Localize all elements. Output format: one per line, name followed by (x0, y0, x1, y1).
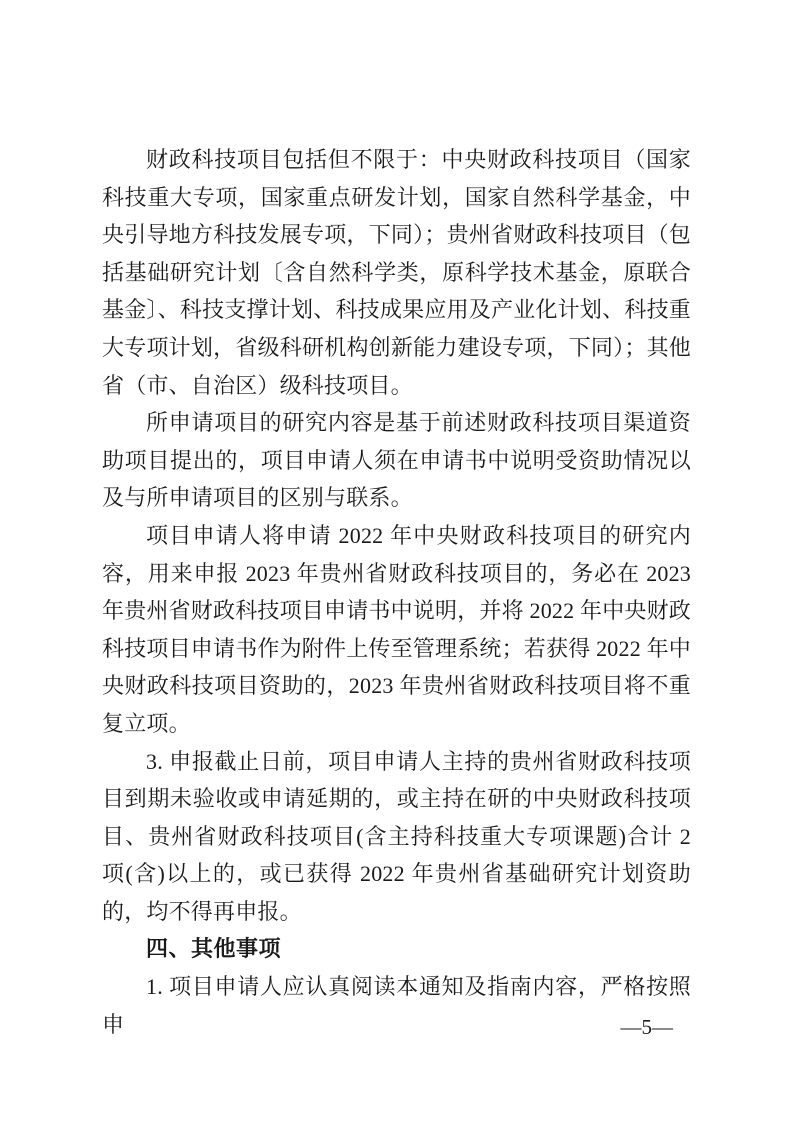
page-number: —5— (621, 1013, 674, 1041)
document-body: 财政科技项目包括但不限于：中央财政科技项目（国家科技重大专项，国家重点研发计划，… (102, 141, 691, 1043)
paragraph-2022-central-projects: 项目申请人将申请 2022 年中央财政科技项目的研究内容，用来申报 2023 年… (102, 517, 691, 743)
paragraph-funding-scope: 财政科技项目包括但不限于：中央财政科技项目（国家科技重大专项，国家重点研发计划，… (102, 141, 691, 404)
paragraph-item-3-restrictions: 3. 申报截止日前，项目申请人主持的贵州省财政科技项目到期未验收或申请延期的，或… (102, 743, 691, 931)
paragraph-research-basis: 所申请项目的研究内容是基于前述财政科技项目渠道资助项目提出的，项目申请人须在申请… (102, 404, 691, 517)
document-page: 财政科技项目包括但不限于：中央财政科技项目（国家科技重大专项，国家重点研发计划，… (0, 0, 793, 1122)
section-heading-other-matters: 四、其他事项 (102, 930, 691, 968)
paragraph-item-1-read-notice: 1. 项目申请人应认真阅读本通知及指南内容，严格按照申 (102, 968, 691, 1043)
